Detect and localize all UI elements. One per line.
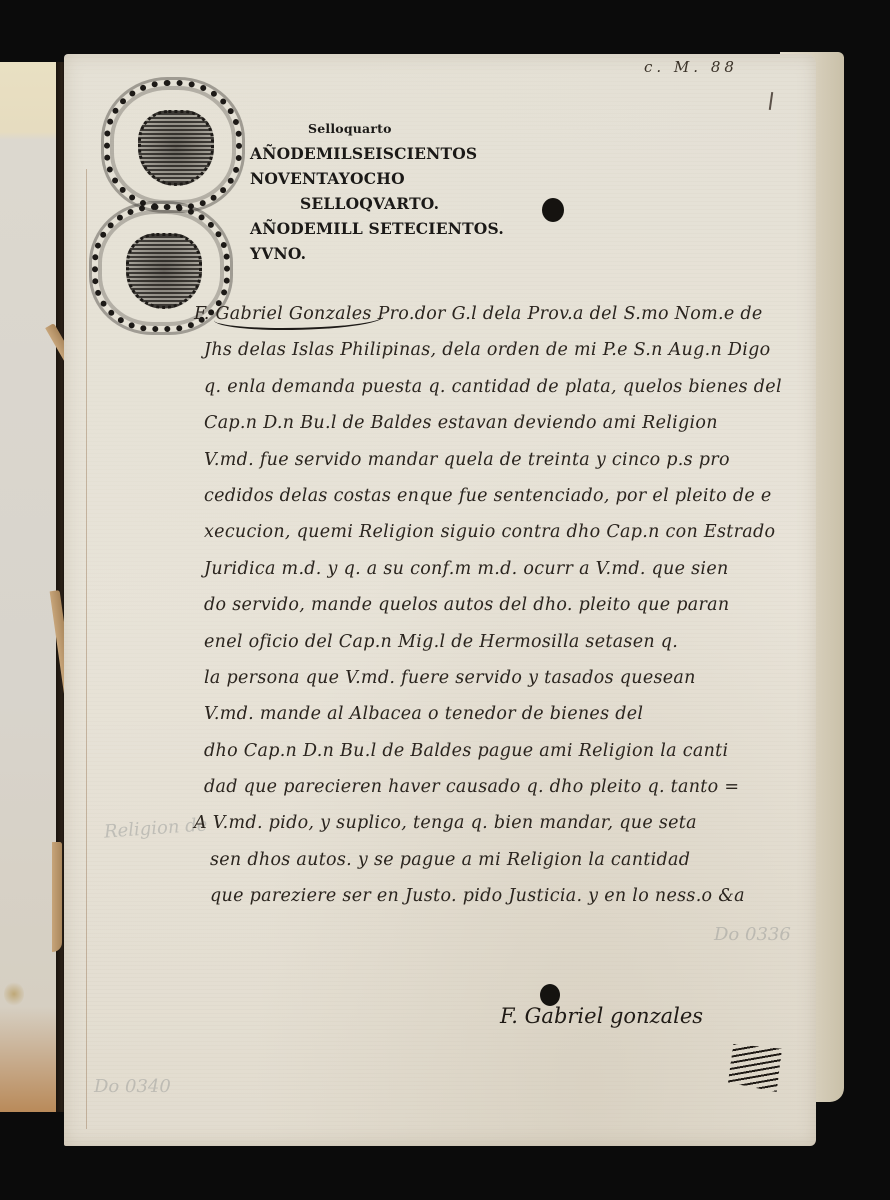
manuscript-line: do servido, mande quelos autos del dho. … (204, 587, 804, 623)
manuscript-line: la persona que V.md. fuere servido y tas… (204, 660, 804, 696)
stamp-line: AÑODEMILL SETECIENTOS. (250, 216, 504, 241)
manuscript-line: V.md. mande al Albacea o tenedor de bien… (204, 696, 804, 732)
manuscript-line: A V.md. pido, y suplico, tenga q. bien m… (194, 805, 804, 841)
stamp-line: NOVENTAYOCHO (250, 166, 504, 191)
bleed-through-text: Do 0340 (94, 1076, 171, 1097)
left-facing-leaf (0, 62, 58, 1112)
folio-mark: c. M. 88 (644, 58, 738, 76)
manuscript-line: Juridica m.d. y q. a su conf.m m.d. ocur… (204, 551, 804, 587)
manuscript-body: F. Gabriel Gonzales Pro.dor G.l dela Pro… (204, 296, 804, 915)
manuscript-line: Jhs delas Islas Philipinas, dela orden d… (204, 332, 804, 368)
manuscript-line: xecucion, quemi Religion siguio contra d… (204, 514, 804, 550)
stamp-line: YVNO. (250, 241, 504, 266)
signature: F. Gabriel gonzales (500, 1004, 703, 1028)
manuscript-line: que pareziere ser en Justo. pido Justici… (210, 878, 804, 914)
manuscript-line: V.md. fue servido mandar quela de treint… (204, 442, 804, 478)
bleed-through-text: Religion de (103, 814, 208, 842)
manuscript-line: dad que parecieren haver causado q. dho … (204, 769, 804, 805)
signature-rubric-icon (728, 1044, 782, 1092)
bleed-through-text: Do 0336 (714, 924, 791, 945)
manuscript-line: sen dhos autos. y se pague a mi Religion… (210, 842, 804, 878)
manuscript-line: F. Gabriel Gonzales Pro.dor G.l dela Pro… (194, 296, 804, 332)
pencil-tick (769, 92, 773, 110)
stamp-line: Selloquarto (250, 116, 504, 141)
manuscript-line: q. enla demanda puesta q. cantidad de pl… (204, 369, 804, 405)
stamp-line: AÑODEMILSEISCIENTOS (250, 141, 504, 166)
ink-blot (540, 984, 560, 1006)
manuscript-page: c. M. 88 Selloquarto AÑODEMILSEISCIENTOS… (64, 54, 816, 1146)
water-stain (4, 982, 24, 1006)
royal-seal-top-icon (104, 80, 242, 210)
binding-strap (52, 842, 62, 952)
manuscript-line: enel oficio del Cap.n Mig.l de Hermosill… (204, 624, 804, 660)
stamp-line: SELLOQVARTO. (250, 191, 504, 216)
manuscript-line: cedidos delas costas enque fue sentencia… (204, 478, 804, 514)
manuscript-line: dho Cap.n D.n Bu.l de Baldes pague ami R… (204, 733, 804, 769)
ink-blot (542, 198, 564, 222)
manuscript-line: Cap.n D.n Bu.l de Baldes estavan deviend… (204, 405, 804, 441)
stamp-paper-header: Selloquarto AÑODEMILSEISCIENTOS NOVENTAY… (250, 116, 504, 266)
margin-line (86, 169, 87, 1129)
